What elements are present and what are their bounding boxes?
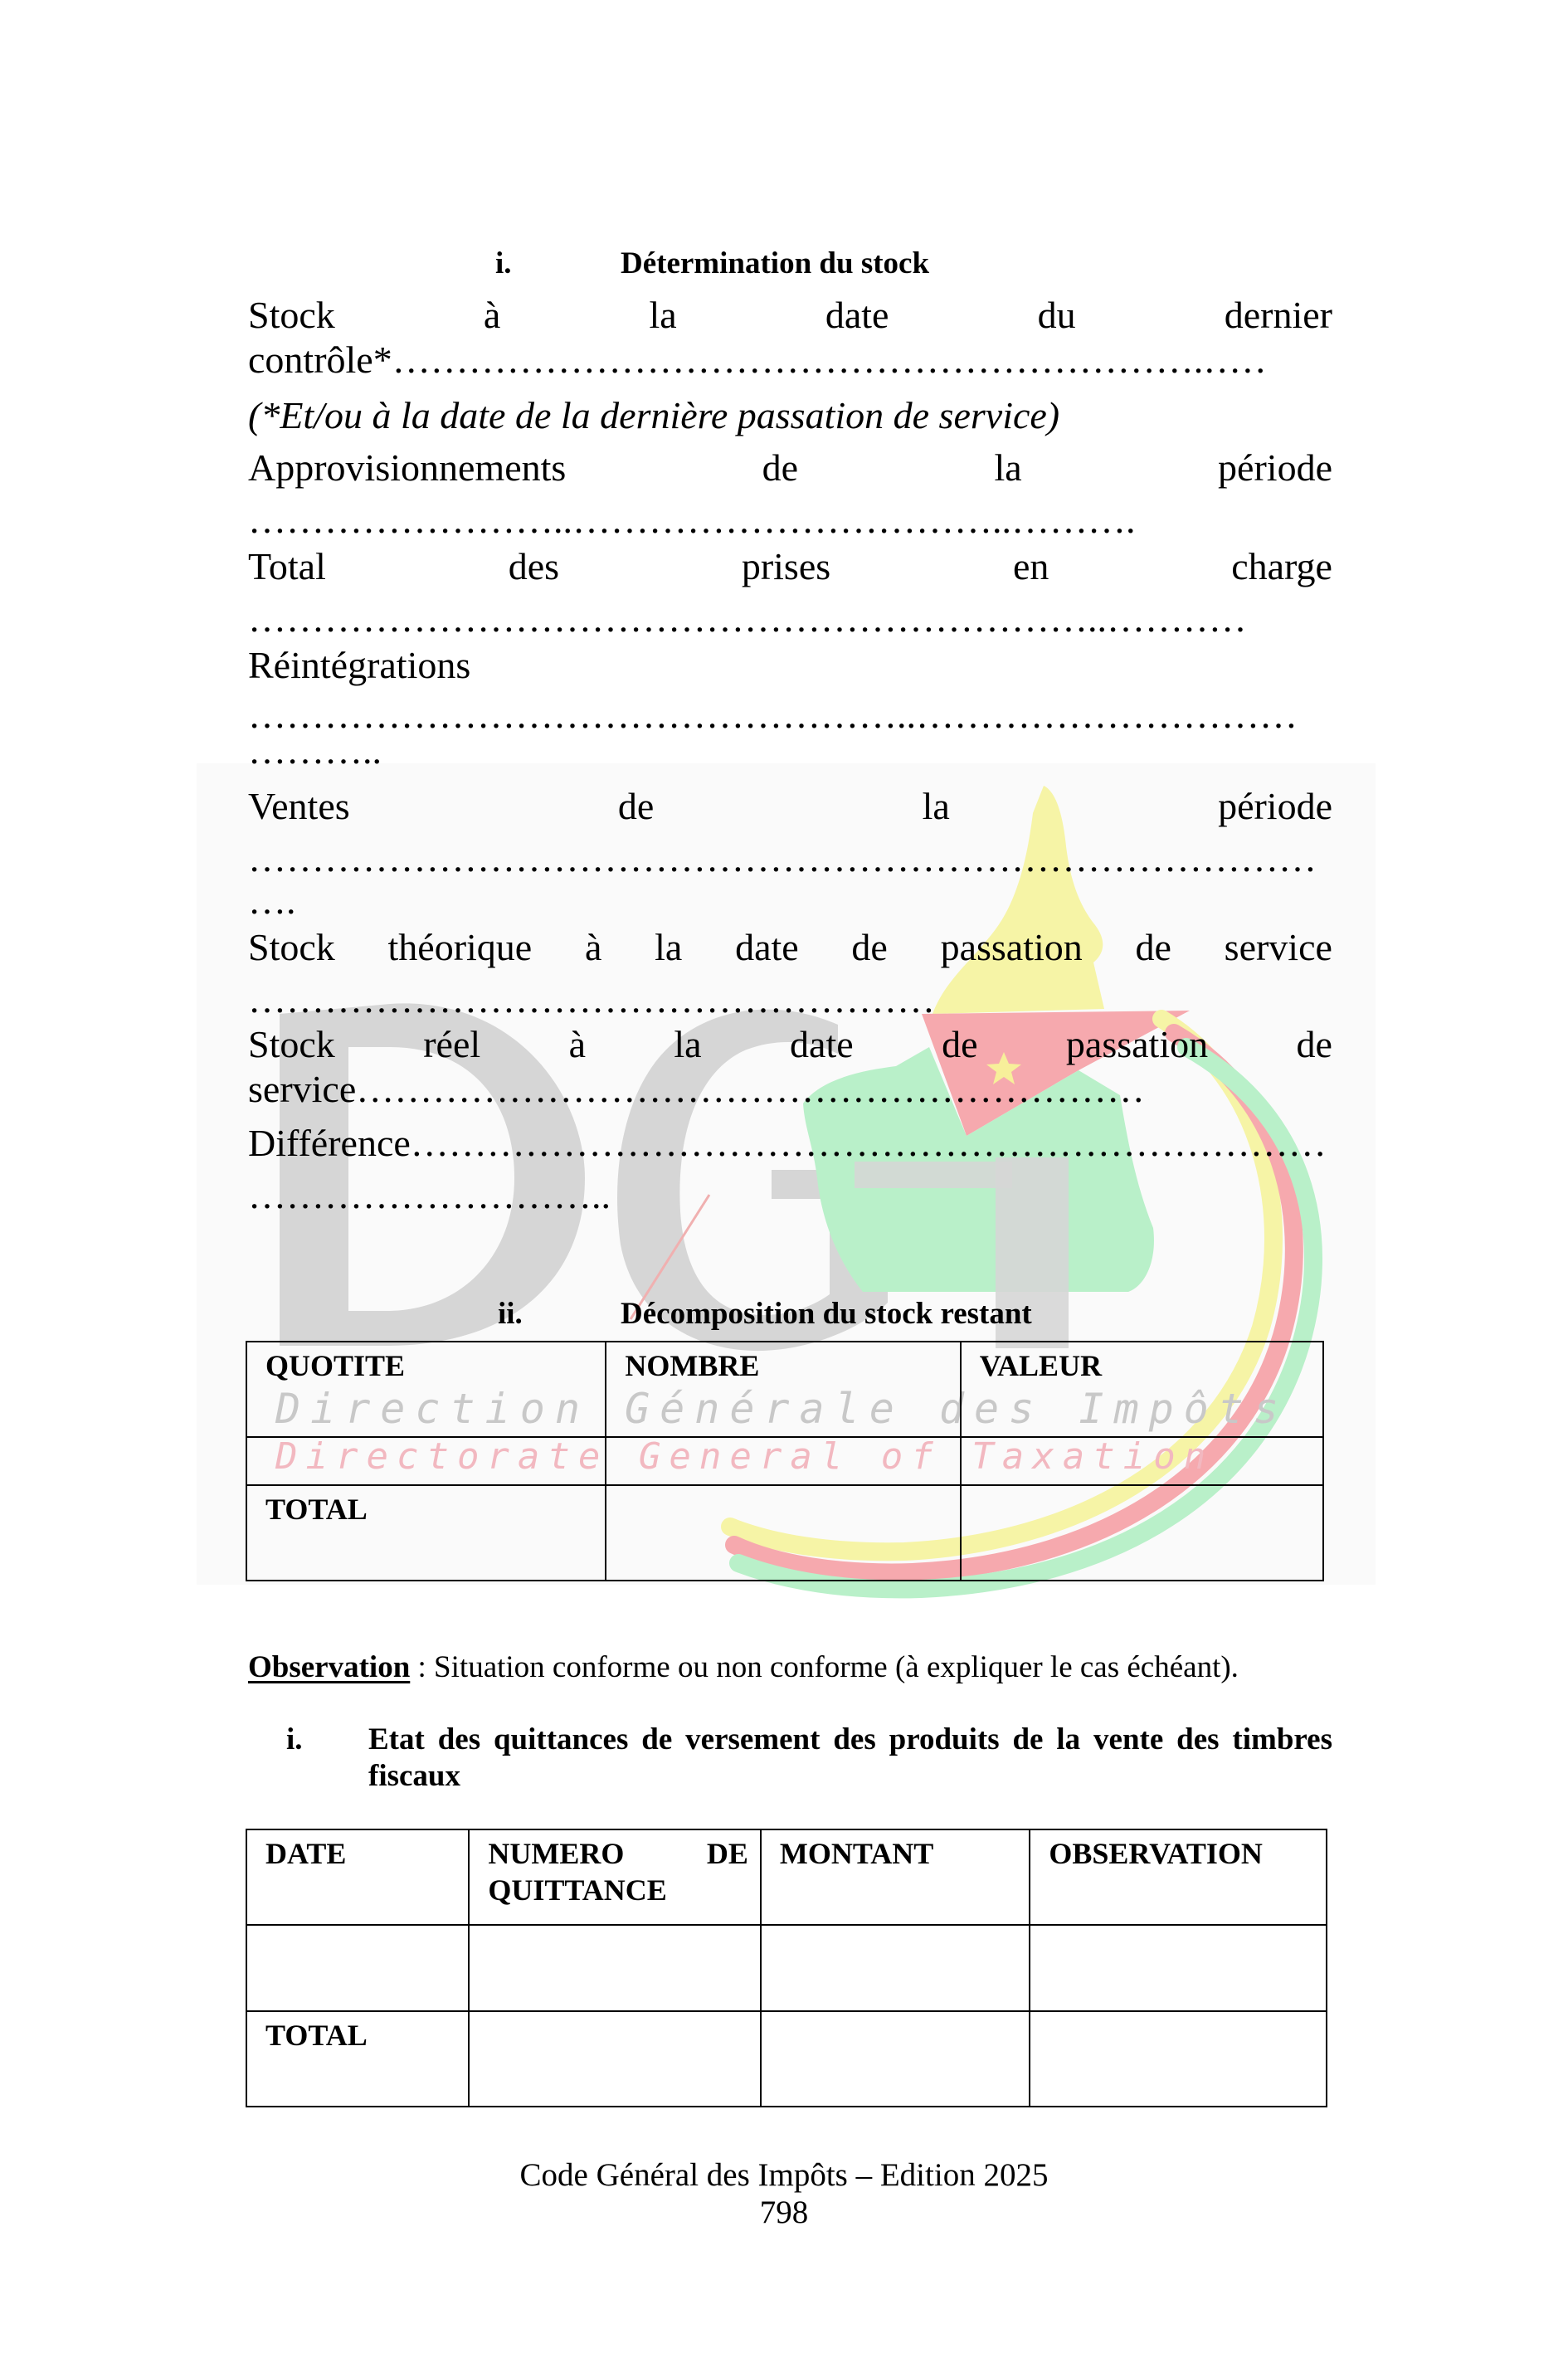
- ventes-periode-label: Ventes de la période: [248, 784, 1332, 829]
- word: de: [762, 446, 798, 490]
- stock-theorique-field[interactable]: ………………………………………………: [248, 977, 937, 1022]
- nombre-cell[interactable]: [606, 1437, 960, 1485]
- stock-reel-field[interactable]: service……………………………………………………………...: [248, 1067, 1149, 1112]
- word: de: [1297, 1022, 1332, 1067]
- word: la: [674, 1022, 701, 1067]
- header-valeur: VALEUR: [961, 1342, 1323, 1437]
- section-heading-number: i.: [495, 246, 512, 282]
- total-montant-cell[interactable]: [761, 2011, 1030, 2107]
- numero-cell[interactable]: [469, 1925, 761, 2011]
- word: prises: [742, 544, 830, 589]
- header-word: QUITTANCE: [488, 1872, 760, 1908]
- table-header-row: DATE NUMERODE QUITTANCE MONTANT OBSERVAT…: [246, 1829, 1327, 1925]
- header-numero-quittance: NUMERODE QUITTANCE: [469, 1829, 761, 1925]
- header-observation: OBSERVATION: [1030, 1829, 1327, 1925]
- word: de: [851, 925, 887, 970]
- stock-reel-label: Stock réel à la date de passation de: [248, 1022, 1332, 1067]
- total-observation-cell[interactable]: [1030, 2011, 1327, 2107]
- table-row: [246, 1925, 1327, 2011]
- header-montant: MONTANT: [761, 1829, 1030, 1925]
- section-heading-number: ii.: [498, 1296, 523, 1332]
- word: date: [825, 293, 889, 338]
- word: date: [790, 1022, 854, 1067]
- table-total-row: TOTAL: [246, 2011, 1327, 2107]
- word: passation: [941, 925, 1083, 970]
- stock-last-control-line: Stock à la date du dernier: [248, 293, 1332, 338]
- word: du: [1038, 293, 1076, 338]
- date-cell[interactable]: [246, 1925, 469, 2011]
- word: réel: [423, 1022, 480, 1067]
- word: Total: [248, 544, 326, 589]
- difference-field[interactable]: Différence…………………………………………………………………: [248, 1121, 1328, 1166]
- stock-theorique-label: Stock théorique à la date de passation d…: [248, 925, 1332, 970]
- word: de: [942, 1022, 977, 1067]
- word: charge: [1231, 544, 1332, 589]
- table-header-row: QUOTITE NOMBRE VALEUR: [246, 1342, 1323, 1437]
- header-date: DATE: [246, 1829, 469, 1925]
- word: service: [1225, 925, 1332, 970]
- valeur-cell[interactable]: [961, 1437, 1323, 1485]
- reintegrations-field[interactable]: ……………………………………………..…………………………: [248, 693, 1328, 738]
- header-word: NUMERO: [488, 1835, 624, 1872]
- section-heading-decomposition: Décomposition du stock restant: [621, 1296, 1032, 1332]
- word: période: [1218, 784, 1332, 829]
- word: des: [509, 544, 559, 589]
- word: Stock: [248, 925, 335, 970]
- reintegrations-field-cont[interactable]: ………..: [248, 728, 385, 773]
- total-label: TOTAL: [246, 2011, 469, 2107]
- quotite-cell[interactable]: [246, 1437, 606, 1485]
- word: Ventes: [248, 784, 350, 829]
- word: à: [484, 293, 500, 338]
- word: la: [655, 925, 682, 970]
- total-numero-cell[interactable]: [469, 2011, 761, 2107]
- stock-last-control-field[interactable]: contrôle*……………………………………………………….……..: [248, 338, 1264, 382]
- word: passation: [1066, 1022, 1208, 1067]
- section-heading-number: i.: [286, 1722, 303, 1758]
- observation-line: Observation : Situation conforme ou non …: [248, 1648, 1239, 1688]
- ventes-periode-field[interactable]: ……………………………………………………………………………: [248, 836, 1320, 881]
- word: Approvisionnements: [248, 446, 566, 490]
- page-number: 798: [0, 2194, 1568, 2232]
- word: de: [618, 784, 654, 829]
- total-label: TOTAL: [246, 1485, 606, 1581]
- word: la: [994, 446, 1021, 490]
- word: dernier: [1225, 293, 1332, 338]
- total-prises-en-charge-field[interactable]: …………………………………………………………..…………: [248, 597, 1249, 641]
- table-row: [246, 1437, 1323, 1485]
- stock-note: (*Et/ou à la date de la dernière passati…: [248, 393, 1332, 438]
- header-word: DE: [707, 1835, 748, 1872]
- header-quotite: QUOTITE: [246, 1342, 606, 1437]
- word: de: [1136, 925, 1171, 970]
- word: la: [923, 784, 950, 829]
- ventes-periode-field-cont[interactable]: ….: [248, 879, 298, 923]
- reintegrations-label: Réintégrations: [248, 643, 1332, 688]
- word: théorique: [388, 925, 533, 970]
- word: la: [649, 293, 676, 338]
- word: Stock: [248, 1022, 335, 1067]
- header-nombre: NOMBRE: [606, 1342, 960, 1437]
- word: à: [569, 1022, 586, 1067]
- approvisionnements-label: Approvisionnements de la période: [248, 446, 1332, 490]
- total-prises-en-charge-label: Total des prises en charge: [248, 544, 1332, 589]
- footer-title: Code Général des Impôts – Edition 2025: [0, 2156, 1568, 2195]
- observation-text: : Situation conforme ou non conforme (à …: [410, 1650, 1239, 1684]
- difference-field-cont[interactable]: ………………………..: [248, 1173, 611, 1218]
- observation-cell[interactable]: [1030, 1925, 1327, 2011]
- table-total-row: TOTAL: [246, 1485, 1323, 1581]
- total-nombre-cell[interactable]: [606, 1485, 960, 1581]
- montant-cell[interactable]: [761, 1925, 1030, 2011]
- word: Stock: [248, 293, 335, 338]
- word: à: [585, 925, 601, 970]
- section-heading-title: Etat des quittances de versement des pro…: [368, 1722, 1332, 1795]
- section-heading-determination-stock: Détermination du stock: [621, 246, 929, 282]
- word: période: [1218, 446, 1332, 490]
- observation-label: Observation: [248, 1650, 410, 1684]
- total-valeur-cell[interactable]: [961, 1485, 1323, 1581]
- quittances-table: DATE NUMERODE QUITTANCE MONTANT OBSERVAT…: [246, 1829, 1327, 2107]
- word: en: [1013, 544, 1049, 589]
- word: date: [735, 925, 799, 970]
- stock-decomposition-table: QUOTITE NOMBRE VALEUR TOTAL: [246, 1341, 1324, 1581]
- approvisionnements-field[interactable]: ……………………..……………………………..……….: [248, 498, 1159, 543]
